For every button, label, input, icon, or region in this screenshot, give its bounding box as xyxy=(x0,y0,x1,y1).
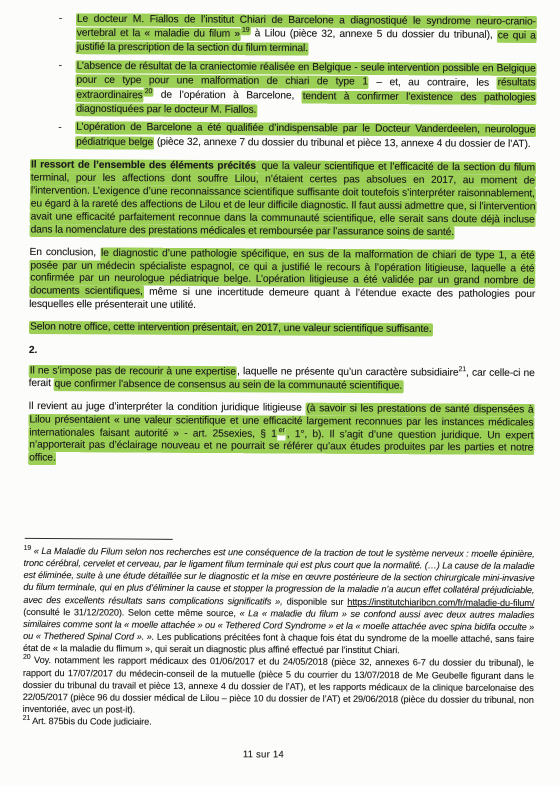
text-segment: (consulté le 31/12/2020). Selon cette mê… xyxy=(23,607,239,618)
text-segment: de l’opération à Barcelone, xyxy=(153,90,302,102)
footnote: 20 Voy. notamment les rapport médicaux d… xyxy=(23,654,534,718)
text-segment: 2. xyxy=(29,344,37,355)
text-segment: Voy. notamment les rapport médicaux des … xyxy=(23,655,534,714)
footnote: 19 « La Maladie du Filum selon nos reche… xyxy=(23,545,535,658)
bullet-item: -L’opération de Barcelone a été qualifié… xyxy=(58,121,536,153)
highlighted-text-segment: Il ne s’impose pas de recourir à une exp… xyxy=(29,365,237,379)
paragraph: Il ressort de l’ensemble des éléments pr… xyxy=(30,160,536,241)
scanned-document-page: -Le docteur M. Fiallos de l’institut Chi… xyxy=(0,0,560,786)
footnotes-section: 19 « La Maladie du Filum selon nos reche… xyxy=(23,545,535,730)
footnote-url-link[interactable]: https://institutchiaribcn.com/fr/maladie… xyxy=(347,597,534,608)
paragraph: Selon notre office, cette intervention p… xyxy=(29,322,535,338)
bullet-text: L’absence de résultat de la craniectomie… xyxy=(75,59,536,119)
paragraph: Il revient au juge d’interpréter la cond… xyxy=(28,401,534,469)
bullet-item: -L’absence de résultat de la craniectomi… xyxy=(58,59,536,120)
footnote-separator xyxy=(25,538,173,540)
bullet-text: Le docteur M. Fiallos de l’institut Chia… xyxy=(76,12,537,58)
page-number: 11 sur 14 xyxy=(0,748,531,762)
paragraph: Il ne s’impose pas de recourir à une exp… xyxy=(29,365,535,394)
footnote: 21 Art. 875bis du Code judiciaire. xyxy=(23,715,534,730)
superscript-ref: 19 xyxy=(24,545,32,552)
bullet-dash: - xyxy=(59,12,76,55)
section-heading: 2. xyxy=(29,344,535,360)
text-segment: En conclusion, xyxy=(29,247,100,258)
bullet-dash: - xyxy=(58,121,75,150)
highlighted-text-segment: que la valeur scientifique et l’efficaci… xyxy=(30,160,537,239)
text-segment: disponible sur xyxy=(283,596,348,606)
text-segment: , laquelle ne présente qu’un caractère s… xyxy=(237,367,459,379)
text-segment: Il revient au juge d’interpréter la cond… xyxy=(28,401,305,414)
highlighted-text-segment: Selon notre office, cette intervention p… xyxy=(29,321,433,336)
text-segment: Art. 875bis du Code judiciaire. xyxy=(30,716,151,727)
superscript-ref: 20 xyxy=(23,654,31,661)
bullet-item: -Le docteur M. Fiallos de l’institut Chi… xyxy=(59,12,537,58)
document-body: -Le docteur M. Fiallos de l’institut Chi… xyxy=(28,12,537,469)
superscript-ref: 19 xyxy=(241,27,251,36)
superscript-ref: 21 xyxy=(23,715,31,722)
text-segment: (pièce 32, annexe 7 du dossier du tribun… xyxy=(154,137,530,150)
scan-layer: -Le docteur M. Fiallos de l’institut Chi… xyxy=(0,0,560,786)
bullet-text: L’opération de Barcelone a été qualifiée… xyxy=(75,121,536,153)
superscript-ref: 20 xyxy=(144,88,154,97)
text-segment: – et, au contraire, les xyxy=(369,77,497,89)
highlighted-text-segment: que confirmer l’absence de consensus au … xyxy=(54,378,404,393)
text-segment: à Lilou (pièce 32, annexe 5 du dossier d… xyxy=(250,29,496,42)
bullet-dash: - xyxy=(58,59,75,117)
paragraph: En conclusion, le diagnostic d’une patho… xyxy=(29,247,535,315)
